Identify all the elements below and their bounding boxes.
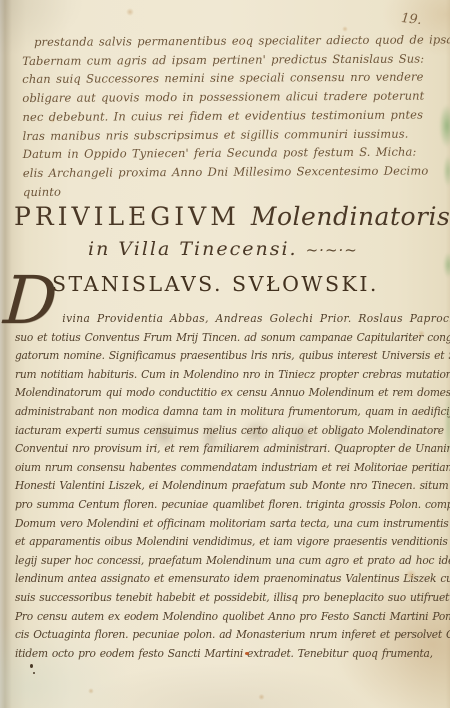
manuscript-line: quinto <box>23 180 450 201</box>
manuscript-line: suis successoribus tenebit habebit et po… <box>15 589 450 608</box>
manuscript-line: suo et totius Conventus Frum Mrij Tincen… <box>15 329 450 348</box>
title-word-molendinatoris: Molendinatoris <box>251 202 450 231</box>
manuscript-line: itidem octo pro eodem festo Sancti Marti… <box>15 645 450 664</box>
manuscript-line: legij super hoc concessi, praefatum Mole… <box>15 552 450 571</box>
manuscript-line: lendinum antea assignato et emensurato i… <box>15 570 450 589</box>
manuscript-line: iacturam experti sumus censuimus melius … <box>15 422 450 441</box>
manuscript-line: Domum vero Molendini et officinam molito… <box>15 515 450 534</box>
foxing-spot <box>88 688 94 694</box>
title-word-privilegium: PRIVILEGIVM <box>14 202 240 231</box>
manuscript-page: 19. prestanda salvis permanentibus eoq s… <box>0 0 450 708</box>
title-villa-text: in Villa Tinecensi. <box>88 238 298 260</box>
manuscript-line: Conventui nro provisum iri, et rem famil… <box>15 440 450 459</box>
manuscript-line: rum notitiam habituris. Cum in Molendino… <box>15 366 450 385</box>
title-line-villa: in Villa Tinecensi. ~·~·~ <box>88 238 358 260</box>
manuscript-line: elis Archangeli proxima Anno Dni Millesi… <box>23 161 450 182</box>
manuscript-line: gatorum nomine. Significamus praesentibu… <box>15 347 450 366</box>
manuscript-line: nec debebunt. In cuius rei fidem et evid… <box>22 105 450 126</box>
privilege-paragraph: ivina Providentia Abbas, Andreas Golechi… <box>15 310 450 663</box>
manuscript-line: Datum in Oppido Tyniecen' feria Secunda … <box>23 143 450 164</box>
privilege-title: PRIVILEGIVM Molendinatoris <box>14 202 450 231</box>
manuscript-line: Honesti Valentini Liszek, ei Molendinum … <box>15 477 450 496</box>
manuscript-line: et apparamentis oibus Molendini vendidim… <box>15 533 450 552</box>
foxing-spot <box>258 694 265 700</box>
ink-speck <box>33 672 35 674</box>
closing-paragraph: prestanda salvis permanentibus eoq speci… <box>22 30 450 201</box>
manuscript-line: administrabant non modica damna tam in m… <box>15 403 450 422</box>
folio-number: 19. <box>401 11 423 28</box>
manuscript-line: prestanda salvis permanentibus eoq speci… <box>22 30 450 51</box>
owner-heading: STANISLAVS. SVŁOWSKI. <box>52 272 379 296</box>
foxing-spot <box>126 8 134 16</box>
manuscript-line: Pro censu autem ex eodem Molendino quoli… <box>15 608 450 627</box>
manuscript-line: cis Octuaginta floren. pecuniae polon. a… <box>15 626 450 645</box>
manuscript-line: oium nrum consensu habentes commendatam … <box>15 459 450 478</box>
manuscript-line: obligare aut quovis modo in possessionem… <box>22 86 450 107</box>
manuscript-line: pro summa Centum floren. pecuniae quamli… <box>15 496 450 515</box>
green-edge-mark <box>443 252 450 278</box>
manuscript-line: Molendinatorum qui modo conductitio ex c… <box>15 384 450 403</box>
ink-speck <box>30 664 33 668</box>
manuscript-line: ivina Providentia Abbas, Andreas Golechi… <box>15 310 450 329</box>
flourish-ornament: ~·~·~ <box>306 241 358 259</box>
